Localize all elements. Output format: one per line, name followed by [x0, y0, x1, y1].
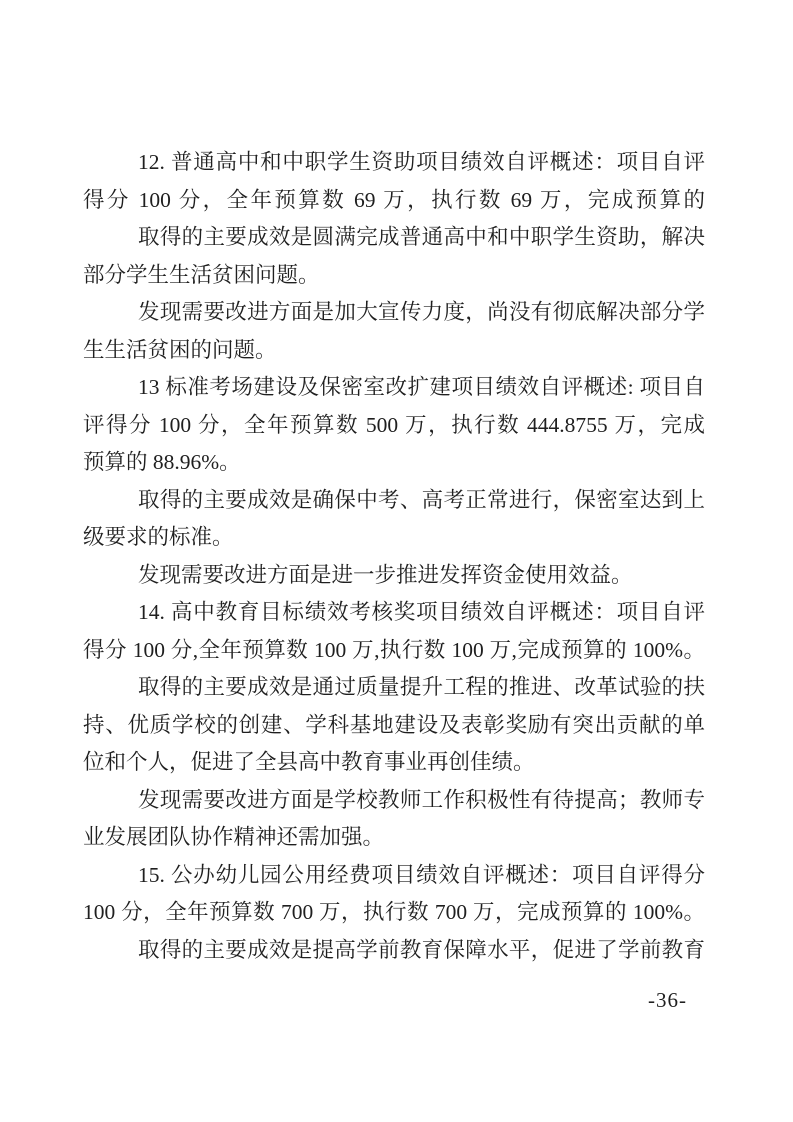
page-number: -36-	[648, 988, 687, 1012]
text-line: 级要求的标准。	[83, 519, 705, 557]
text-line: 发现需要改进方面是进一步推进发挥资金使用效益。	[83, 557, 705, 595]
paragraph: 取得的主要成效是通过质量提升工程的推进、改革试验的扶持、优质学校的创建、学科基地…	[83, 669, 705, 782]
text-line: 得分 100 分，全年预算数 69 万，执行数 69 万，完成预算的 100%。	[83, 182, 705, 220]
text-line: 12. 普通高中和中职学生资助项目绩效自评概述：项目自评	[83, 144, 705, 182]
document-page: 12. 普通高中和中职学生资助项目绩效自评概述：项目自评得分 100 分，全年预…	[0, 0, 793, 1122]
text-line: 得分 100 分,全年预算数 100 万,执行数 100 万,完成预算的 100…	[83, 632, 705, 670]
paragraph: 取得的主要成效是圆满完成普通高中和中职学生资助，解决部分学生生活贫困问题。	[83, 219, 705, 294]
paragraph: 15. 公办幼儿园公用经费项目绩效自评概述：项目自评得分100 分，全年预算数 …	[83, 857, 705, 932]
text-line: 取得的主要成效是提高学前教育保障水平，促进了学前教育	[83, 932, 705, 970]
text-line: 部分学生生活贫困问题。	[83, 257, 705, 295]
paragraph: 取得的主要成效是确保中考、高考正常进行，保密室达到上级要求的标准。	[83, 482, 705, 557]
text-line: 发现需要改进方面是加大宣传力度，尚没有彻底解决部分学	[83, 294, 705, 332]
paragraph: 13 标准考场建设及保密室改扩建项目绩效自评概述: 项目自评得分 100 分，全…	[83, 369, 705, 482]
text-line: 评得分 100 分，全年预算数 500 万，执行数 444.8755 万，完成	[83, 407, 705, 445]
paragraph: 12. 普通高中和中职学生资助项目绩效自评概述：项目自评得分 100 分，全年预…	[83, 144, 705, 219]
paragraph: 取得的主要成效是提高学前教育保障水平，促进了学前教育	[83, 932, 705, 970]
text-line: 取得的主要成效是通过质量提升工程的推进、改革试验的扶	[83, 669, 705, 707]
text-line: 位和个人，促进了全县高中教育事业再创佳绩。	[83, 744, 705, 782]
paragraph: 发现需要改进方面是学校教师工作积极性有待提高；教师专业发展团队协作精神还需加强。	[83, 782, 705, 857]
text-line: 发现需要改进方面是学校教师工作积极性有待提高；教师专	[83, 782, 705, 820]
text-line: 15. 公办幼儿园公用经费项目绩效自评概述：项目自评得分	[83, 857, 705, 895]
text-line: 100 分，全年预算数 700 万，执行数 700 万，完成预算的 100%。	[83, 894, 705, 932]
text-line: 取得的主要成效是确保中考、高考正常进行，保密室达到上	[83, 482, 705, 520]
paragraph: 发现需要改进方面是加大宣传力度，尚没有彻底解决部分学生生活贫困的问题。	[83, 294, 705, 369]
text-line: 持、优质学校的创建、学科基地建设及表彰奖励有突出贡献的单	[83, 707, 705, 745]
paragraph: 发现需要改进方面是进一步推进发挥资金使用效益。	[83, 557, 705, 595]
text-line: 取得的主要成效是圆满完成普通高中和中职学生资助，解决	[83, 219, 705, 257]
paragraph: 14. 高中教育目标绩效考核奖项目绩效自评概述：项目自评得分 100 分,全年预…	[83, 594, 705, 669]
text-line: 预算的 88.96%。	[83, 444, 705, 482]
text-line: 生生活贫困的问题。	[83, 332, 705, 370]
text-line: 14. 高中教育目标绩效考核奖项目绩效自评概述：项目自评	[83, 594, 705, 632]
text-line: 业发展团队协作精神还需加强。	[83, 819, 705, 857]
document-body: 12. 普通高中和中职学生资助项目绩效自评概述：项目自评得分 100 分，全年预…	[83, 144, 705, 969]
text-line: 13 标准考场建设及保密室改扩建项目绩效自评概述: 项目自	[83, 369, 705, 407]
